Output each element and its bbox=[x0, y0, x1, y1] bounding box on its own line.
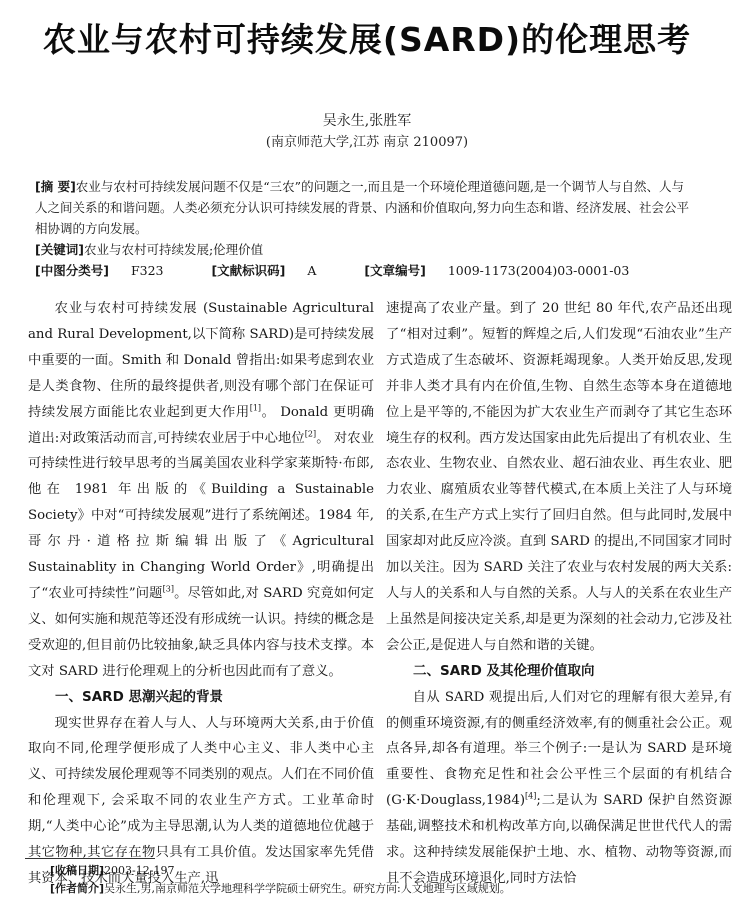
clc-label: [中图分类号] bbox=[35, 263, 109, 278]
section2-text-a: 自从 SARD 观提出后,人们对它的理解有很大差异,有的侧重环境资源,有的侧重经… bbox=[386, 690, 732, 809]
doc-code-value: A bbox=[307, 263, 316, 278]
section2-paragraph: 自从 SARD 观提出后,人们对它的理解有很大差异,有的侧重环境资源,有的侧重经… bbox=[386, 685, 732, 892]
abstract: [摘 要]农业与农村可持续发展问题不仅是“三农”的问题之一,而且是一个环境伦理道… bbox=[35, 176, 695, 239]
abstract-text: 农业与农村可持续发展问题不仅是“三农”的问题之一,而且是一个环境伦理道德问题,是… bbox=[35, 179, 689, 236]
author-bio: [作者简介]吴永生,男,南京师范大学地理科学学院硕士研究生。研究方向:人文地理与… bbox=[50, 880, 511, 898]
citation-3: [3] bbox=[163, 585, 174, 594]
intro-text-c: 。 对农业可持续性进行较早思考的当属美国农业科学家莱斯特·布郎,他在 1981 … bbox=[28, 431, 374, 601]
intro-text-a: 农业与农村可持续发展 (Sustainable Agricultural and… bbox=[28, 301, 374, 420]
doc-code-field: [文献标识码]A bbox=[211, 263, 338, 278]
keywords-text: 农业与农村可持续发展;伦理价值 bbox=[84, 242, 263, 257]
author-bio-text: 吴永生,男,南京师范大学地理科学学院硕士研究生。研究方向:人文地理与区域规划。 bbox=[104, 882, 511, 895]
paper-title: 农业与农村可持续发展(SARD)的伦理思考 bbox=[0, 14, 734, 61]
authors: 吴永生,张胜军 bbox=[0, 110, 734, 130]
received-value: 2003-12-197 bbox=[104, 864, 174, 877]
abstract-label: [摘 要] bbox=[35, 179, 76, 194]
article-no-field: [文章编号]1009-1173(2004)03-0001-03 bbox=[364, 263, 651, 278]
footnote-divider bbox=[25, 858, 155, 859]
received-date: [收稿日期]2003-12-197 bbox=[50, 862, 511, 880]
article-no-label: [文章编号] bbox=[364, 263, 425, 278]
right-column: 速提高了农业产量。到了 20 世纪 80 年代,农产品还出现了“相对过剩”。短暂… bbox=[386, 296, 732, 892]
footnotes: [收稿日期]2003-12-197 [作者简介]吴永生,男,南京师范大学地理科学… bbox=[50, 862, 511, 898]
clc-field: [中图分类号]F323 bbox=[35, 263, 185, 278]
classification-line: [中图分类号]F323 [文献标识码]A [文章编号]1009-1173(200… bbox=[35, 260, 695, 281]
author-bio-label: [作者简介] bbox=[50, 882, 104, 895]
affiliation: (南京师范大学,江苏 南京 210097) bbox=[0, 131, 734, 150]
section1-continued: 速提高了农业产量。到了 20 世纪 80 年代,农产品还出现了“相对过剩”。短暂… bbox=[386, 296, 732, 659]
keywords-label: [关键词] bbox=[35, 242, 84, 257]
citation-1: [1] bbox=[250, 403, 261, 412]
intro-paragraph: 农业与农村可持续发展 (Sustainable Agricultural and… bbox=[28, 296, 374, 685]
abstract-block: [摘 要]农业与农村可持续发展问题不仅是“三农”的问题之一,而且是一个环境伦理道… bbox=[35, 176, 695, 281]
citation-4: [4] bbox=[525, 792, 536, 801]
section-heading-1: 一、SARD 思潮兴起的背景 bbox=[28, 685, 374, 711]
received-label: [收稿日期] bbox=[50, 864, 104, 877]
clc-value: F323 bbox=[131, 263, 164, 278]
keywords: [关键词]农业与农村可持续发展;伦理价值 bbox=[35, 239, 695, 260]
citation-2: [2] bbox=[305, 429, 316, 438]
left-column: 农业与农村可持续发展 (Sustainable Agricultural and… bbox=[28, 296, 374, 892]
article-no-value: 1009-1173(2004)03-0001-03 bbox=[448, 263, 629, 278]
section-heading-2: 二、SARD 及其伦理价值取向 bbox=[386, 659, 732, 685]
doc-code-label: [文献标识码] bbox=[211, 263, 285, 278]
